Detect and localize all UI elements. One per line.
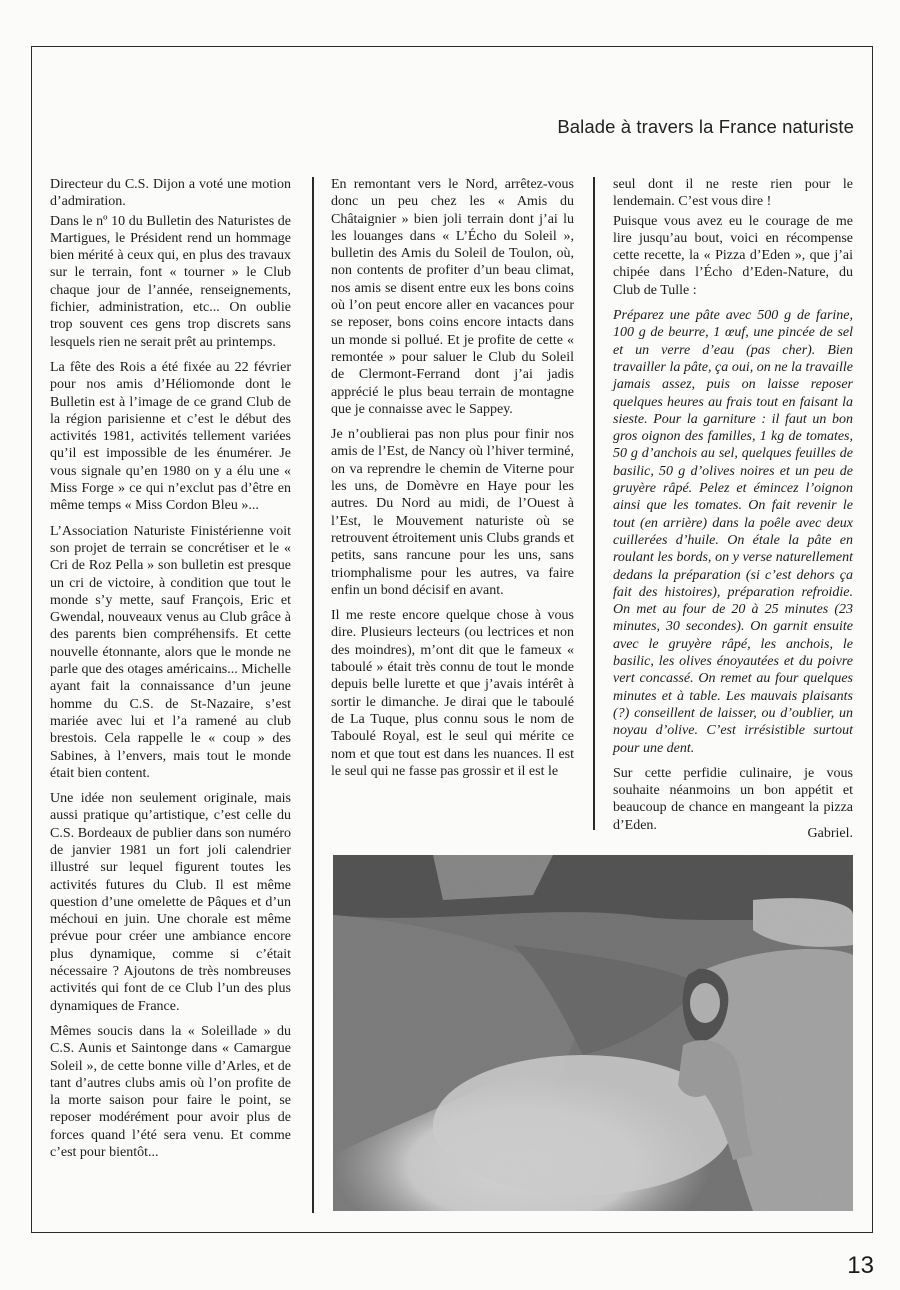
paragraph: Puisque vous avez eu le courage de me li… bbox=[613, 213, 853, 299]
photo-image bbox=[333, 855, 853, 1211]
paragraph: Je n’oublierai pas non plus pour finir n… bbox=[331, 426, 574, 599]
running-header-title: Balade à travers la France naturiste bbox=[557, 116, 854, 138]
article-column-2: En remontant vers le Nord, arrêtez-vous … bbox=[331, 176, 574, 788]
paragraph: En remontant vers le Nord, arrêtez-vous … bbox=[331, 176, 574, 418]
paragraph: Dans le nº 10 du Bulletin des Naturistes… bbox=[50, 213, 291, 351]
page-number: 13 bbox=[847, 1252, 874, 1280]
paragraph: La fête des Rois a été fixée au 22 févri… bbox=[50, 359, 291, 515]
article-column-1: Directeur du C.S. Dijon a voté une motio… bbox=[50, 176, 291, 1169]
paragraph: Une idée non seulement originale, mais a… bbox=[50, 790, 291, 1015]
paragraph: Il me reste encore quelque chose à vous … bbox=[331, 607, 574, 780]
paragraph: Directeur du C.S. Dijon a voté une motio… bbox=[50, 176, 291, 211]
paragraph: L’Association Naturiste Finistérienne vo… bbox=[50, 523, 291, 782]
recipe-paragraph: Préparez une pâte avec 500 g de farine, … bbox=[613, 307, 853, 757]
article-column-3: seul dont il ne reste rien pour le lende… bbox=[613, 176, 853, 842]
paragraph: Mêmes soucis dans la « Soleillade » du C… bbox=[50, 1023, 291, 1161]
photo-woman-bathing-in-stream bbox=[333, 855, 853, 1211]
column-rule bbox=[593, 177, 595, 830]
column-rule bbox=[312, 177, 314, 1213]
paragraph: Sur cette perfidie culinaire, je vous so… bbox=[613, 765, 853, 834]
paragraph: seul dont il ne reste rien pour le lende… bbox=[613, 176, 853, 211]
